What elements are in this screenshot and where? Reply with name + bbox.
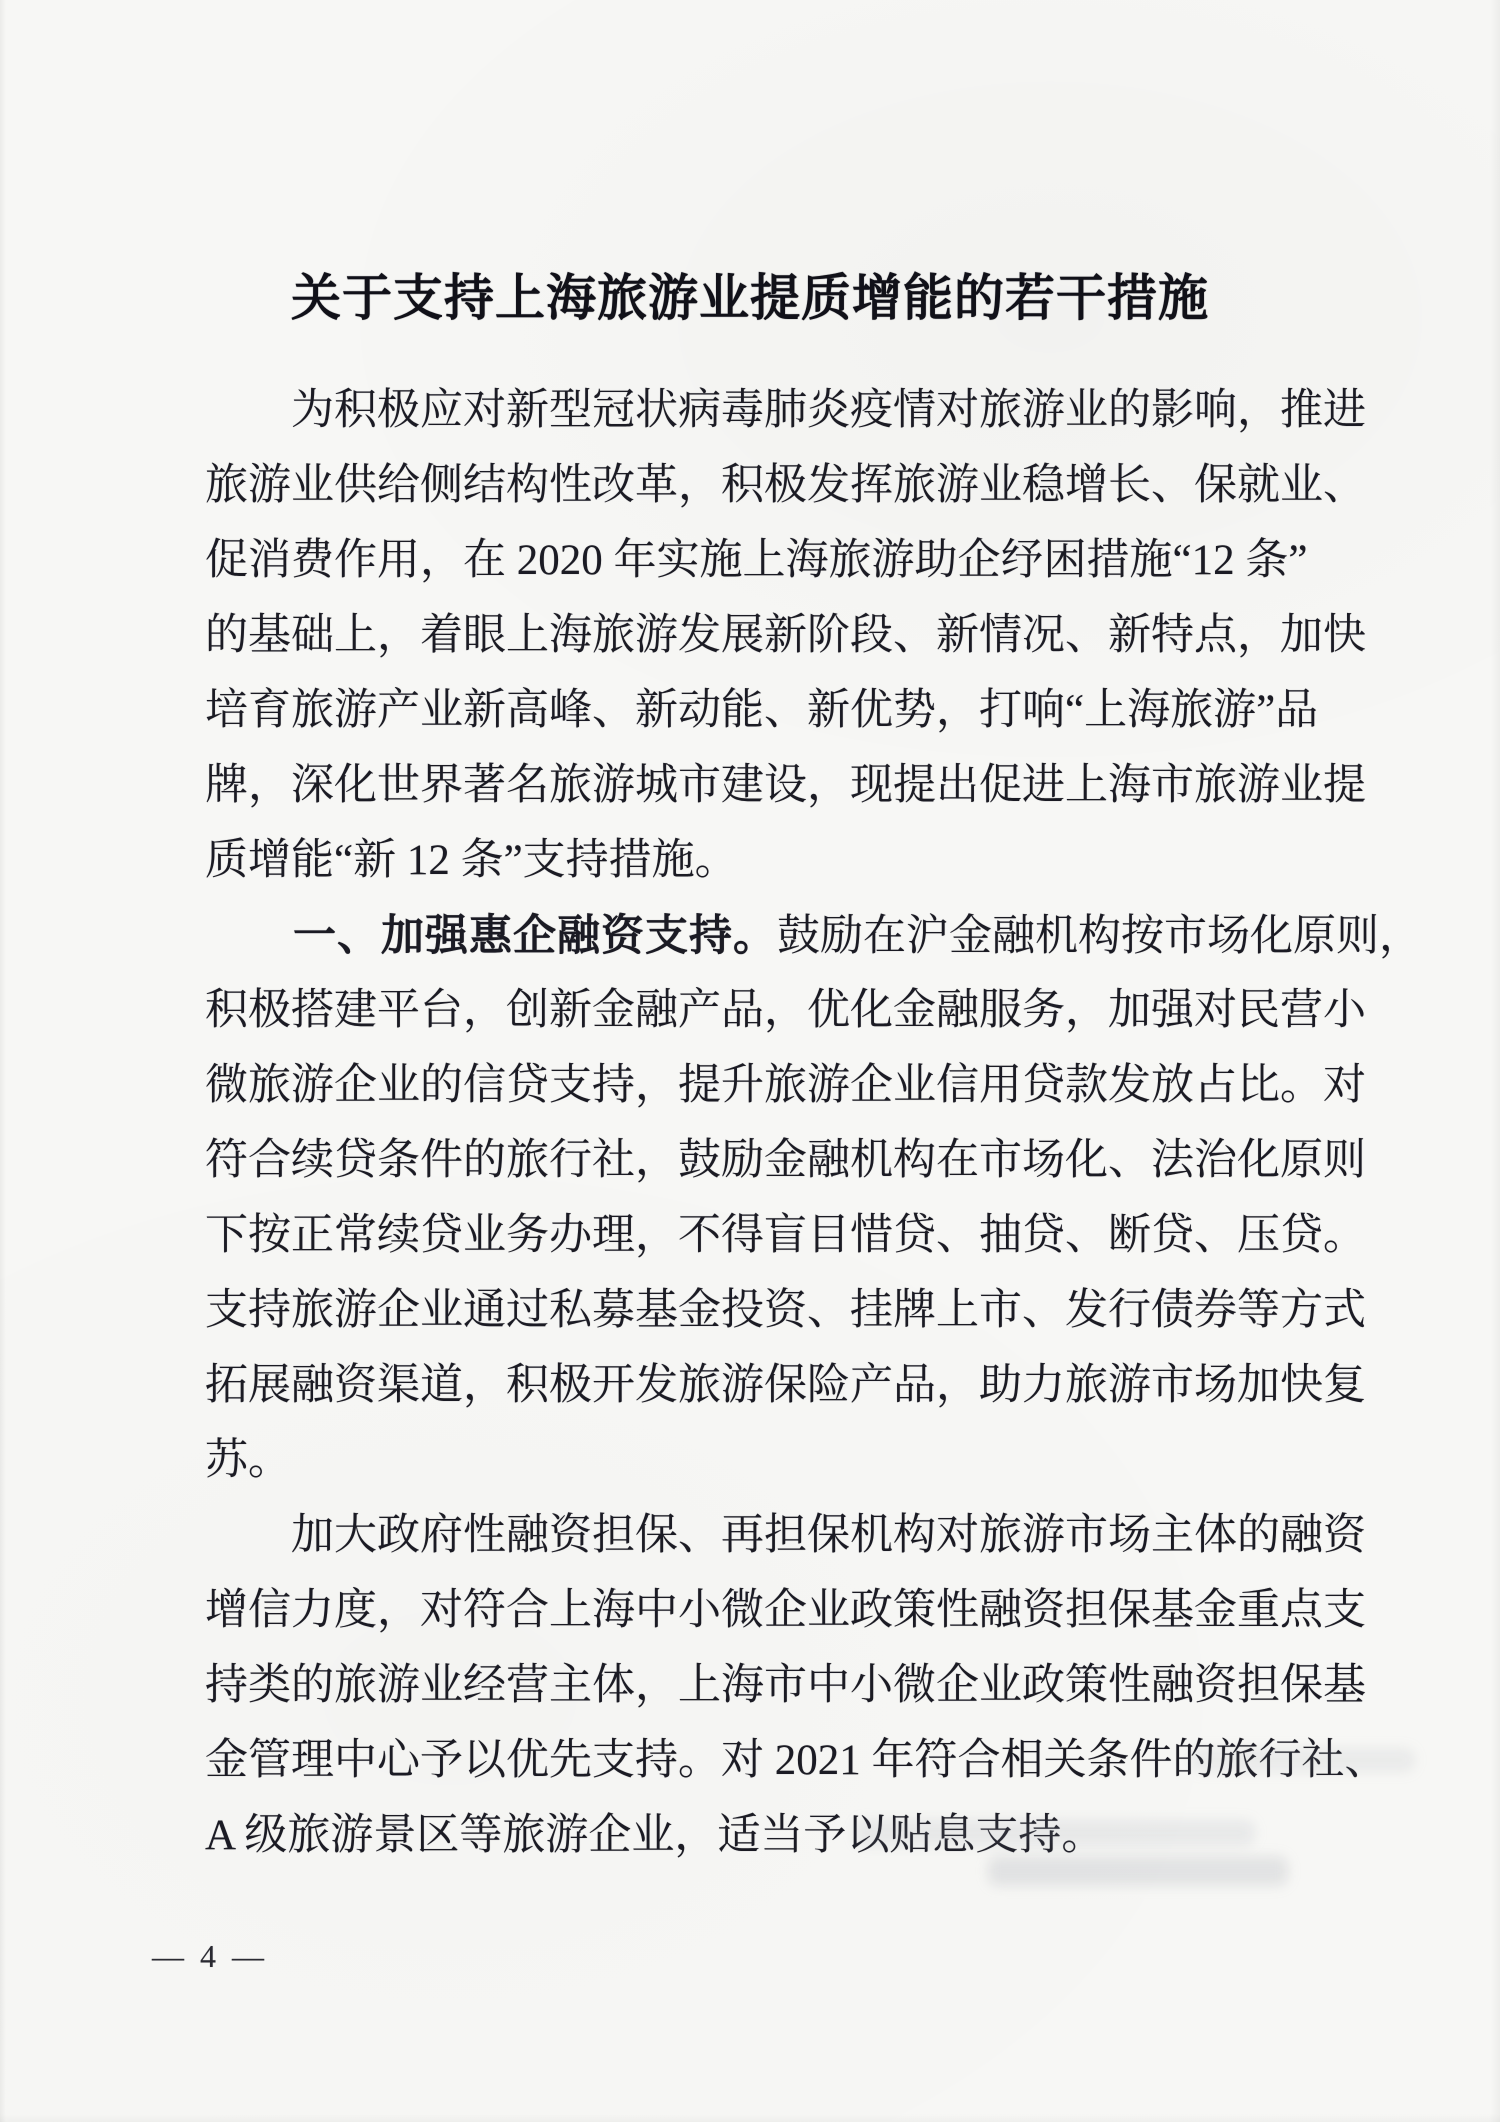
text-line: 支持旅游企业通过私募基金投资、挂牌上市、发行债券等方式 bbox=[205, 1275, 1295, 1350]
document-body: 为积极应对新型冠状病毒肺炎疫情对旅游业的影响，推进旅游业供给侧结构性改革，积极发… bbox=[205, 375, 1295, 1875]
text-line: 的基础上，着眼上海旅游发展新阶段、新情况、新特点，加快 bbox=[205, 600, 1295, 675]
text-line: 苏。 bbox=[205, 1425, 1295, 1500]
text-line: 促消费作用，在 2020 年实施上海旅游助企纾困措施“12 条” bbox=[205, 525, 1295, 600]
text-line: 为积极应对新型冠状病毒肺炎疫情对旅游业的影响，推进 bbox=[205, 375, 1295, 450]
page-number: — 4 — bbox=[152, 1936, 268, 1976]
text-line: 持类的旅游业经营主体，上海市中小微企业政策性融资担保基 bbox=[205, 1650, 1295, 1725]
document-page: 关于支持上海旅游业提质增能的若干措施 为积极应对新型冠状病毒肺炎疫情对旅游业的影… bbox=[0, 0, 1500, 2122]
document-title: 关于支持上海旅游业提质增能的若干措施 bbox=[0, 262, 1500, 334]
text-line: 符合续贷条件的旅行社，鼓励金融机构在市场化、法治化原则 bbox=[205, 1125, 1295, 1200]
text-line: 金管理中心予以优先支持。对 2021 年符合相关条件的旅行社、 bbox=[205, 1725, 1295, 1800]
text-line: 增信力度，对符合上海中小微企业政策性融资担保基金重点支 bbox=[205, 1575, 1295, 1650]
text-line: 拓展融资渠道，积极开发旅游保险产品，助力旅游市场加快复 bbox=[205, 1350, 1295, 1425]
text-line: 质增能“新 12 条”支持措施。 bbox=[205, 825, 1295, 900]
text-line: 牌，深化世界著名旅游城市建设，现提出促进上海市旅游业提 bbox=[205, 750, 1295, 825]
text-line: A 级旅游景区等旅游企业，适当予以贴息支持。 bbox=[205, 1800, 1295, 1875]
text-line: 微旅游企业的信贷支持，提升旅游企业信用贷款发放占比。对 bbox=[205, 1050, 1295, 1125]
section-heading-bold: 一、加强惠企融资支持。 bbox=[205, 912, 777, 960]
text-line: 培育旅游产业新高峰、新动能、新优势，打响“上海旅游”品 bbox=[205, 675, 1295, 750]
text-line: 积极搭建平台，创新金融产品，优化金融服务，加强对民营小 bbox=[205, 975, 1295, 1050]
text-line: 加大政府性融资担保、再担保机构对旅游市场主体的融资 bbox=[205, 1500, 1295, 1575]
text-line: 一、加强惠企融资支持。鼓励在沪金融机构按市场化原则， bbox=[205, 900, 1295, 975]
text-line: 旅游业供给侧结构性改革，积极发挥旅游业稳增长、保就业、 bbox=[205, 450, 1295, 525]
text-line: 下按正常续贷业务办理，不得盲目惜贷、抽贷、断贷、压贷。 bbox=[205, 1200, 1295, 1275]
